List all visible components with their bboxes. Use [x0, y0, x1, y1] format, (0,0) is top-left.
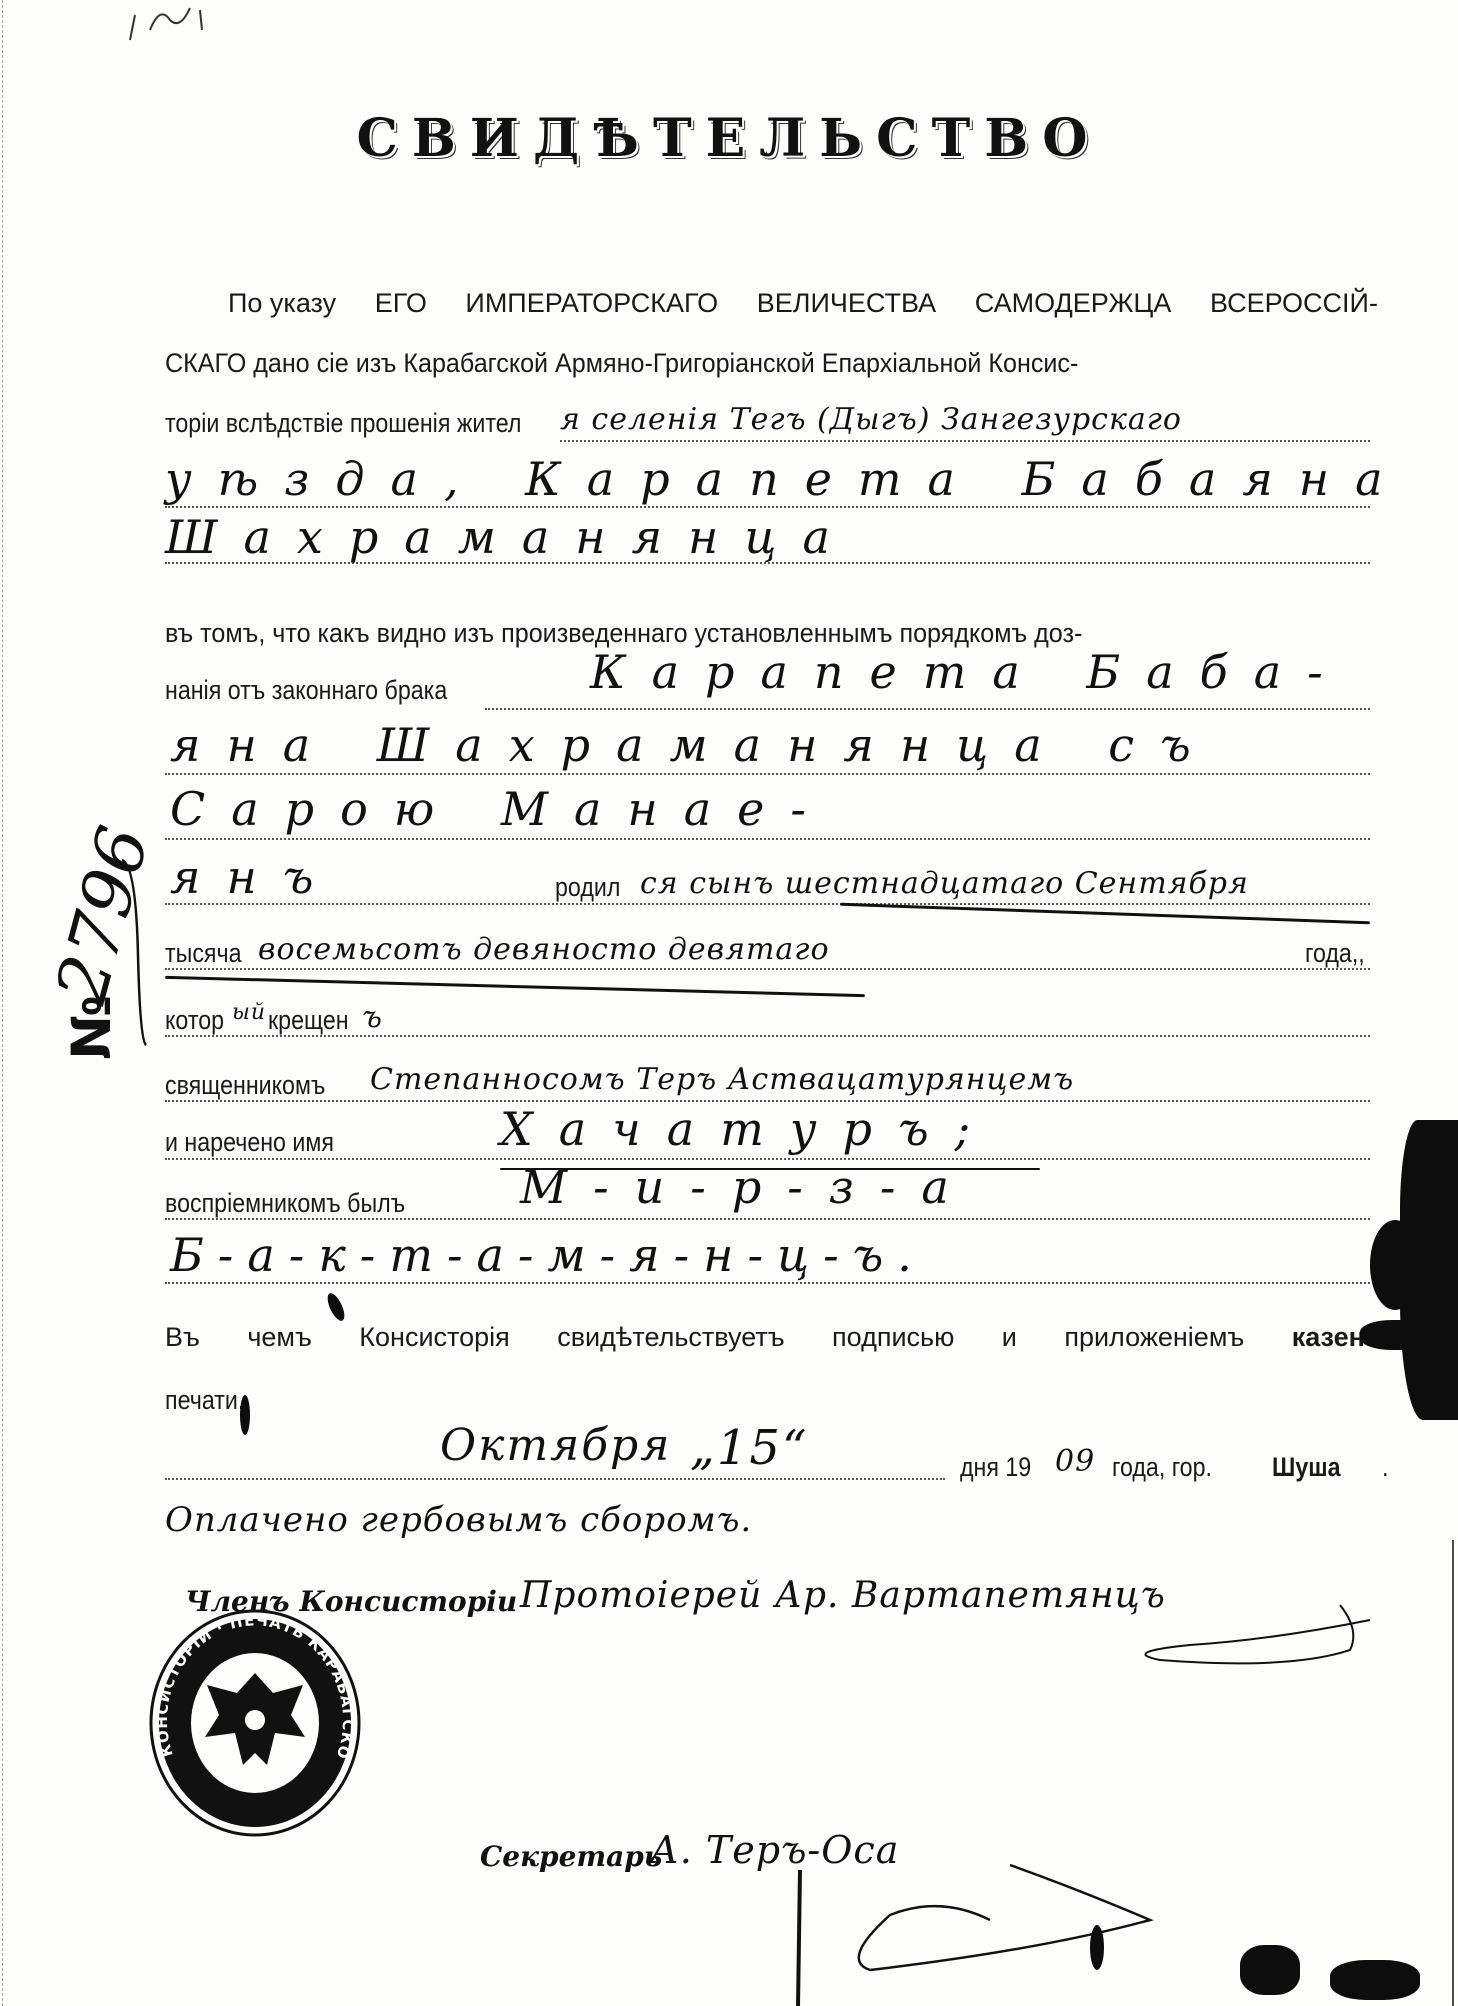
fill-line — [485, 708, 1370, 710]
ink-blot — [324, 1291, 348, 1323]
text-run: ВЕЛИЧЕСТВА — [757, 288, 936, 319]
year-suffix: года,, — [1305, 938, 1365, 969]
secretary-label: Секретарь — [480, 1840, 662, 1873]
document-title: СВИДѢТЕЛЬСТВО — [0, 108, 1458, 169]
body-line-13-print: священникомъ — [165, 1070, 325, 1101]
fill-line — [165, 903, 1370, 905]
page-edge — [2, 0, 4, 2006]
body-line-17: Въ чемъ Консисторія свидѣтельствуетъ под… — [165, 1322, 1365, 1353]
body-line-15-print: воспріемникомъ былъ — [165, 1188, 405, 1219]
certificate-page: СВИДѢТЕЛЬСТВО По указу ЕГО ИМПЕРАТОРСКАГ… — [0, 0, 1458, 2006]
handwritten-birth-date: ся сынъ шестнадцатаго Сентября — [640, 866, 1249, 901]
city-name: Шуша — [1272, 1452, 1341, 1483]
ink-blot — [1360, 1320, 1440, 1350]
text-run: ЕГО — [375, 288, 427, 319]
body-line-7-print: нанія отъ законнаго брака — [165, 675, 447, 706]
handwritten-father: Карапета Баба- — [590, 645, 1349, 699]
text-run: и — [1002, 1322, 1017, 1353]
fill-line — [165, 506, 1370, 508]
handwritten-godparent: М-и-р-з-а — [520, 1160, 975, 1214]
text-run: Въ — [165, 1322, 200, 1353]
ink-blot — [240, 1395, 250, 1435]
body-line-11-print: тысяча — [165, 938, 242, 969]
handwritten-mother: Сарою Манае- — [170, 782, 832, 836]
register-number: 2796 — [40, 818, 165, 1011]
text-run: чемъ — [247, 1322, 312, 1353]
handwritten-residence: я селенія Тегъ (Дыгъ) Зангезурскаго — [560, 402, 1182, 437]
ink-blot — [1090, 1925, 1104, 1970]
handwritten-insert: ъ — [362, 1000, 383, 1035]
date-print-b: года, гор. — [1112, 1452, 1212, 1483]
text-run: САМОДЕРЖЦА — [975, 288, 1172, 319]
secretary-signature: А. Теръ-Оса — [650, 1828, 899, 1872]
member-signature: Протоіерей Ар. Вартапетянцъ — [520, 1575, 1166, 1616]
ink-blot — [1330, 1960, 1420, 2000]
handwritten-fee-note: Оплачено гербовымъ сборомъ. — [165, 1500, 752, 1540]
body-line-12-print-b: крещен — [268, 1005, 349, 1036]
fill-line — [165, 1478, 945, 1480]
handwritten-priest: Степанносомъ Теръ Аствацатурянцемъ — [370, 1062, 1074, 1097]
handwritten-insert: ый — [232, 1000, 266, 1025]
fill-line — [165, 838, 1370, 840]
handwritten-birth-year: восемьсотъ девяносто девятаго — [258, 932, 830, 967]
body-line-1: По указу ЕГО ИМПЕРАТОРСКАГО ВЕЛИЧЕСТВА С… — [228, 288, 1378, 319]
handwritten-godparent-surname: Б-а-к-т-а-м-я-н-ц-ъ. — [170, 1228, 926, 1282]
signature-flourish — [740, 1860, 1180, 2006]
text-run: приложеніемъ — [1064, 1322, 1244, 1353]
handwritten-date-day: „15“ — [690, 1420, 808, 1476]
body-line-12-print: котор — [165, 1005, 224, 1036]
handwritten-father-surname: яна Шахраманянца съ — [170, 718, 1217, 772]
fill-line — [165, 773, 1370, 775]
body-line-2: СКАГО дано сіе изъ Карабагской Армяно-Гр… — [165, 348, 1078, 379]
date-print: дня 19 — [960, 1452, 1031, 1483]
ink-underline — [165, 976, 865, 997]
ink-blot — [1240, 1945, 1300, 1995]
handwritten-petitioner-surname: Шахраманянца — [165, 510, 856, 564]
page-edge — [1452, 1540, 1454, 2006]
text-run: свидѣтельствуетъ — [557, 1322, 784, 1353]
body-line-18: печати. — [165, 1385, 244, 1416]
text-run: ИМПЕРАТОРСКАГО — [465, 288, 718, 319]
body-line-14-print: и наречено имя — [165, 1127, 334, 1158]
ink-blot — [1370, 1220, 1420, 1310]
body-line-10-print: родил — [555, 872, 620, 903]
handwritten-mother-end: янъ — [170, 850, 339, 904]
body-line-3-print: торіи вслѣдствіе прошенія жител — [165, 408, 521, 439]
fill-line — [165, 968, 1370, 970]
text-run: По указу — [228, 288, 336, 319]
margin-scribble — [110, 0, 260, 60]
text-run: подписью — [832, 1322, 954, 1353]
fill-line — [165, 1282, 1370, 1284]
text-run: казен — [1292, 1322, 1365, 1353]
consistory-seal: КОНСИСТОРІИ · ПЕЧАТЬ КАРАБАГСКОЙ АРМЯНСК… — [145, 1605, 365, 1840]
fill-line — [560, 440, 1370, 442]
handwritten-date-month: Октября — [440, 1420, 671, 1471]
ink-underline — [840, 903, 1370, 924]
handwritten-date-year: 09 — [1055, 1444, 1095, 1479]
handwritten-petitioner: уѣзда, Карапета Бабаяна — [165, 452, 1409, 506]
date-end: . — [1382, 1452, 1388, 1483]
text-run: Консисторія — [359, 1322, 509, 1353]
handwritten-child-name: Хачатуръ; — [500, 1102, 996, 1156]
text-run: ВСЕРОССІЙ- — [1210, 288, 1378, 319]
